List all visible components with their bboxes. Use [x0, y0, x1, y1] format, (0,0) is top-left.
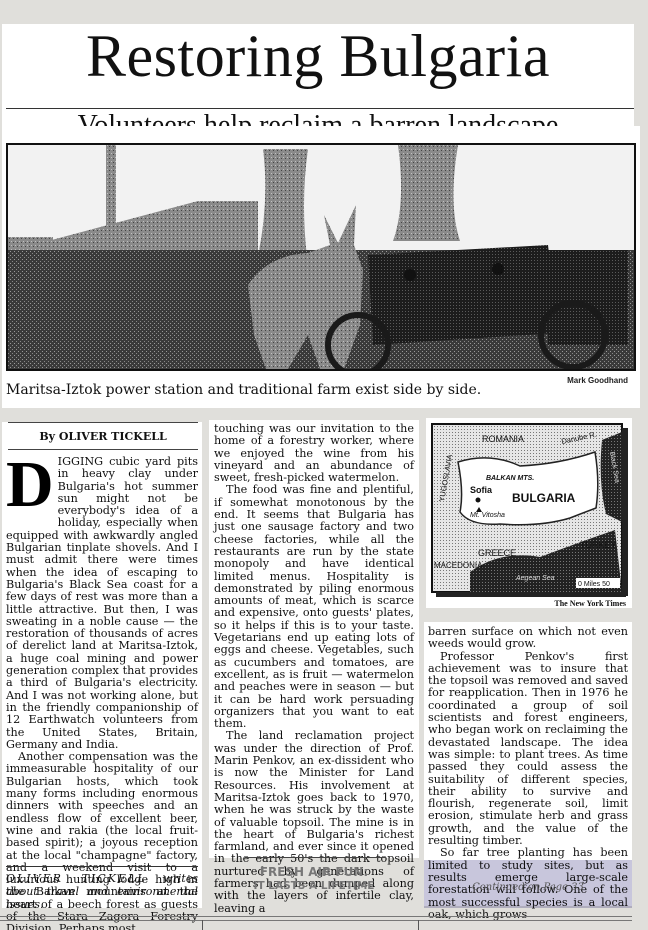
map-credit: The New York Times — [554, 599, 626, 608]
author-bio: OLIVER TICKELL writes about travel and e… — [6, 872, 198, 911]
paragraph: Professor Penkov's first achievement was… — [428, 651, 628, 848]
headline-block: Restoring Bulgaria Volunteers help recla… — [2, 24, 634, 126]
drop-cap: D — [6, 458, 54, 518]
photo-block: Mark Goodhand Maritsa-Iztok power statio… — [2, 126, 640, 408]
paragraph: barren surface on which not even weeds w… — [428, 626, 628, 651]
public-service-ad: FRESH AIR FUN: IT LASTS A LIFETIME — [209, 858, 419, 893]
photo-illustration — [8, 145, 634, 369]
column-tick — [418, 920, 419, 930]
photo-credit: Mark Goodhand — [567, 376, 628, 385]
divider — [8, 422, 198, 423]
continued-link[interactable]: Continued on Page 33 — [424, 882, 632, 893]
photo-caption: Maritsa-Iztok power station and traditio… — [6, 382, 481, 398]
column-tick — [202, 920, 203, 930]
svg-text:Aegean Sea: Aegean Sea — [515, 575, 555, 582]
svg-text:BALKAN MTS.: BALKAN MTS. — [486, 475, 534, 482]
article-column-1: By OLIVER TICKELL DIGGING cubic yard pit… — [2, 422, 202, 908]
svg-text:GREECE: GREECE — [478, 548, 516, 558]
divider — [6, 108, 634, 109]
paragraph: touching was our invitation to the home … — [214, 423, 414, 484]
headline-title: Restoring Bulgaria — [2, 24, 634, 88]
svg-text:Sofia: Sofia — [470, 485, 493, 495]
article-column-2: touching was our invitation to the home … — [209, 420, 419, 858]
byline: By OLIVER TICKELL — [2, 431, 204, 443]
news-photo — [6, 143, 636, 371]
svg-text:Mt. Vitosha: Mt. Vitosha — [470, 512, 505, 519]
map-block: ROMANIA Danube R. YUGOSLAVIA BALKAN MTS.… — [426, 418, 632, 608]
ad-line-2: IT LASTS A LIFETIME — [209, 880, 419, 893]
svg-text:ROMANIA: ROMANIA — [482, 434, 524, 444]
svg-text:0 Miles 50: 0 Miles 50 — [578, 581, 610, 588]
ad-line-1: FRESH AIR FUN: — [209, 865, 419, 880]
paragraph: DIGGING cubic yard pits in heavy clay un… — [6, 456, 198, 751]
bulgaria-map: ROMANIA Danube R. YUGOSLAVIA BALKAN MTS.… — [430, 422, 630, 598]
page-divider — [0, 916, 632, 921]
paragraph: The food was fine and plentiful, if some… — [214, 484, 414, 730]
svg-text:TURKEY: TURKEY — [580, 540, 617, 550]
svg-text:BULGARIA: BULGARIA — [512, 491, 576, 505]
svg-text:MACEDONIA: MACEDONIA — [434, 561, 483, 570]
divider — [6, 866, 198, 867]
